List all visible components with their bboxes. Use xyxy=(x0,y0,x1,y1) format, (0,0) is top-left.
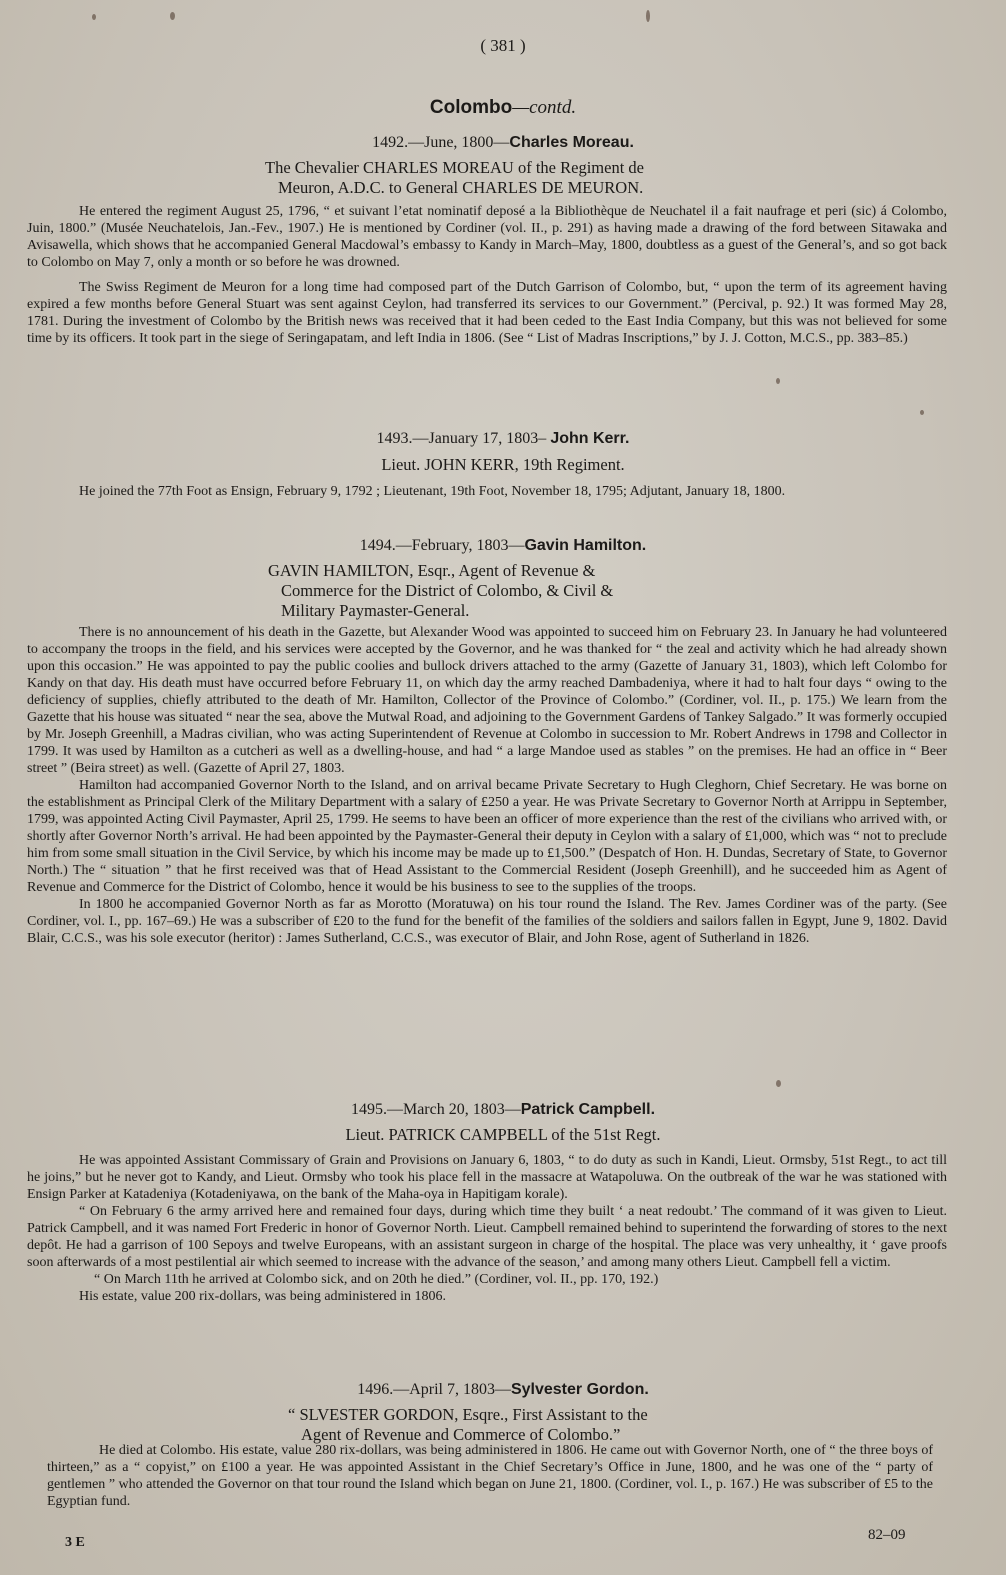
section-title: Colombo—contd. xyxy=(0,97,1006,119)
entry-heading: 1496.—April 7, 1803—Sylvester Gordon. xyxy=(0,1381,1006,1399)
entry-subtitle: “ SLVESTER GORDON, Esqre., First Assista… xyxy=(288,1405,648,1445)
entry-body: He died at Colombo. His estate, value 28… xyxy=(47,1442,933,1510)
entry-heading: 1494.—February, 1803—Gavin Hamilton. xyxy=(0,537,1006,555)
entry-subtitle: Lieut. JOHN KERR, 19th Regiment. xyxy=(0,455,1006,475)
entry-body: He entered the regiment August 25, 1796,… xyxy=(27,203,947,347)
signature-mark: 3 E xyxy=(65,1535,85,1551)
document-page: ( 381 ) Colombo—contd. 1492.—June, 1800—… xyxy=(0,0,1006,1575)
entry-subtitle: GAVIN HAMILTON, Esqr., Agent of Revenue … xyxy=(268,561,613,621)
entry-body: There is no announcement of his death in… xyxy=(27,624,947,947)
entry-heading: 1493.—January 17, 1803– John Kerr. xyxy=(0,430,1006,448)
page-number: ( 381 ) xyxy=(0,36,1006,56)
entry-subtitle: The Chevalier CHARLES MOREAU of the Regi… xyxy=(265,158,644,198)
entry-subtitle: Lieut. PATRICK CAMPBELL of the 51st Regt… xyxy=(0,1125,1006,1145)
entry-heading: 1492.—June, 1800—Charles Moreau. xyxy=(0,134,1006,152)
printer-code: 82–09 xyxy=(868,1527,906,1544)
entry-body: He was appointed Assistant Commissary of… xyxy=(27,1152,947,1305)
entry-body: He joined the 77th Foot as Ensign, Febru… xyxy=(27,483,947,500)
entry-heading: 1495.—March 20, 1803—Patrick Campbell. xyxy=(0,1101,1006,1119)
